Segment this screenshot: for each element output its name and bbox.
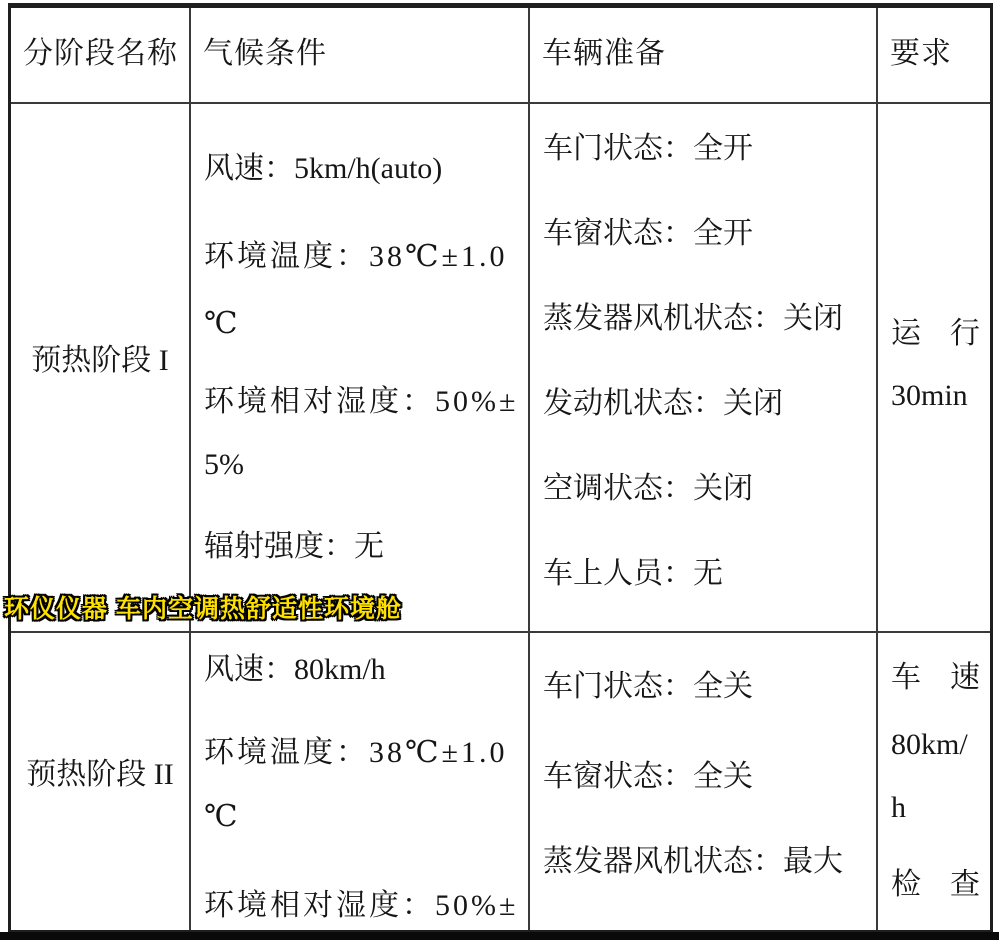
- page: { "watermark": { "text": "环仪仪器 车内空调热舒适性环…: [0, 0, 999, 943]
- climate-line: 风速：80km/h: [204, 653, 386, 687]
- watermark-text: 环仪仪器 车内空调热舒适性环境舱: [4, 589, 402, 625]
- phase2-climate-cell: 风速：80km/h 环境温度：38℃±1.0 ℃ 环境相对湿度：50%±: [191, 633, 530, 930]
- climate-line: 风速：5km/h(auto): [204, 152, 442, 186]
- vehicle-line: 车门状态：全关: [543, 670, 753, 704]
- vehicle-line: 车上人员：无: [543, 557, 723, 591]
- bottom-cutoff-bar: [0, 932, 999, 940]
- header-label: 车辆准备: [542, 28, 666, 72]
- phase2-requirement-cell: 车 速 80km/ h 检 查: [878, 633, 990, 930]
- header-label: 要求: [890, 28, 952, 72]
- climate-line: 辐射强度：无: [204, 530, 384, 564]
- phase2-name-cell: 预热阶段 II: [11, 633, 191, 930]
- vehicle-line: 蒸发器风机状态：最大: [543, 845, 843, 879]
- header-label: 气候条件: [203, 28, 327, 72]
- requirement-line: 运 行: [891, 317, 980, 351]
- requirement-line: 检 查: [891, 868, 980, 902]
- vehicle-line: 车窗状态：全关: [543, 760, 753, 794]
- header-cell-phase: 分阶段名称: [11, 8, 191, 104]
- vehicle-line: 车窗状态：全开: [543, 217, 753, 251]
- climate-line: 5%: [204, 448, 244, 482]
- header-cell-requirement: 要求: [878, 8, 990, 104]
- requirement-line: 车 速: [891, 661, 980, 695]
- requirement-line: 30min: [891, 379, 968, 413]
- requirement-line: 80km/: [891, 728, 968, 762]
- phase1-vehicle-cell: 车门状态：全开 车窗状态：全开 蒸发器风机状态：关闭 发动机状态：关闭 空调状态…: [530, 104, 878, 633]
- climate-line: ℃: [204, 307, 238, 341]
- climate-line: 环境相对湿度：50%±: [204, 889, 518, 923]
- phase1-name-cell: 预热阶段 I: [11, 104, 191, 633]
- vehicle-line: 发动机状态：关闭: [543, 387, 783, 421]
- phase-label: 预热阶段 I: [11, 344, 189, 378]
- climate-line: ℃: [204, 800, 238, 834]
- phase1-requirement-cell: 运 行 30min: [878, 104, 990, 633]
- header-cell-vehicle: 车辆准备: [530, 8, 878, 104]
- climate-line: 环境温度：38℃±1.0: [204, 736, 508, 770]
- vehicle-line: 空调状态：关闭: [543, 472, 753, 506]
- header-label: 分阶段名称: [23, 28, 178, 72]
- vehicle-line: 车门状态：全开: [543, 132, 753, 166]
- spec-table: 分阶段名称 气候条件 车辆准备 要求 预热阶段 I 风速：5km/h(auto)…: [8, 3, 993, 933]
- phase2-vehicle-cell: 车门状态：全关 车窗状态：全关 蒸发器风机状态：最大: [530, 633, 878, 930]
- climate-line: 环境温度：38℃±1.0: [204, 240, 508, 274]
- climate-line: 环境相对湿度：50%±: [204, 385, 518, 419]
- vehicle-line: 蒸发器风机状态：关闭: [543, 302, 843, 336]
- header-cell-climate: 气候条件: [191, 8, 530, 104]
- requirement-line: h: [891, 791, 906, 825]
- phase-label: 预热阶段 II: [11, 758, 189, 792]
- phase1-climate-cell: 风速：5km/h(auto) 环境温度：38℃±1.0 ℃ 环境相对湿度：50%…: [191, 104, 530, 633]
